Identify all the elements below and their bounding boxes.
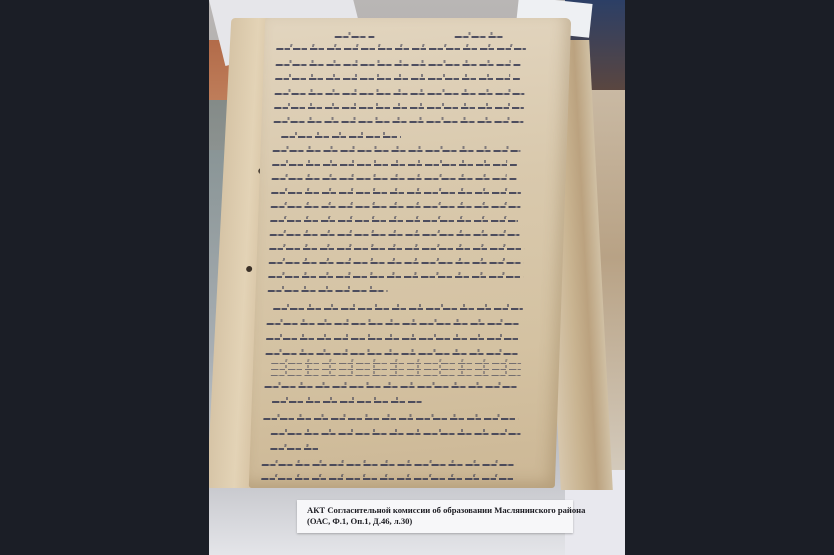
handwritten-document-page — [249, 18, 571, 488]
handwriting-footnote — [271, 369, 521, 370]
handwriting-line — [276, 48, 526, 50]
handwriting-point-2 — [264, 386, 519, 388]
handwriting-line — [275, 78, 520, 80]
handwriting-footnote — [271, 363, 521, 364]
handwriting-point-1 — [273, 308, 523, 310]
handwriting-line — [274, 121, 524, 123]
binding-hole — [246, 266, 252, 272]
handwriting-line — [270, 220, 518, 222]
handwriting-line — [455, 36, 505, 38]
handwriting-line — [272, 401, 422, 403]
caption-reference: (ОАС, Ф.1, Оп.1, Д.46, л.30) — [307, 516, 573, 527]
handwriting-line — [274, 107, 524, 109]
handwriting-line — [271, 433, 521, 435]
handwriting-line — [272, 164, 517, 166]
handwriting-line — [265, 353, 520, 355]
handwriting-footnote — [271, 375, 521, 376]
handwriting-line — [270, 234, 520, 236]
handwriting-line — [270, 448, 320, 450]
handwriting-line — [271, 192, 521, 194]
archive-photo: АКТ Согласительной комиссии об образован… — [209, 0, 625, 555]
handwriting-line — [266, 323, 521, 325]
handwriting-line — [269, 248, 524, 250]
handwriting-line — [268, 276, 523, 278]
handwriting-line — [269, 262, 524, 264]
handwriting-line — [273, 150, 521, 152]
exhibit-caption-label: АКТ Согласительной комиссии об образован… — [297, 500, 573, 533]
handwriting-line — [275, 93, 525, 95]
handwriting-line — [261, 478, 516, 480]
handwriting-line — [272, 178, 517, 180]
handwriting-point-3 — [263, 418, 518, 420]
caption-title: АКТ Согласительной комиссии об образован… — [307, 505, 573, 516]
handwriting-line — [281, 136, 401, 138]
handwriting-line — [266, 338, 521, 340]
handwriting-title — [335, 36, 375, 38]
handwriting-point-4 — [262, 464, 517, 466]
handwriting-line — [276, 64, 521, 66]
handwriting-line — [268, 290, 388, 292]
handwriting-line — [271, 206, 521, 208]
